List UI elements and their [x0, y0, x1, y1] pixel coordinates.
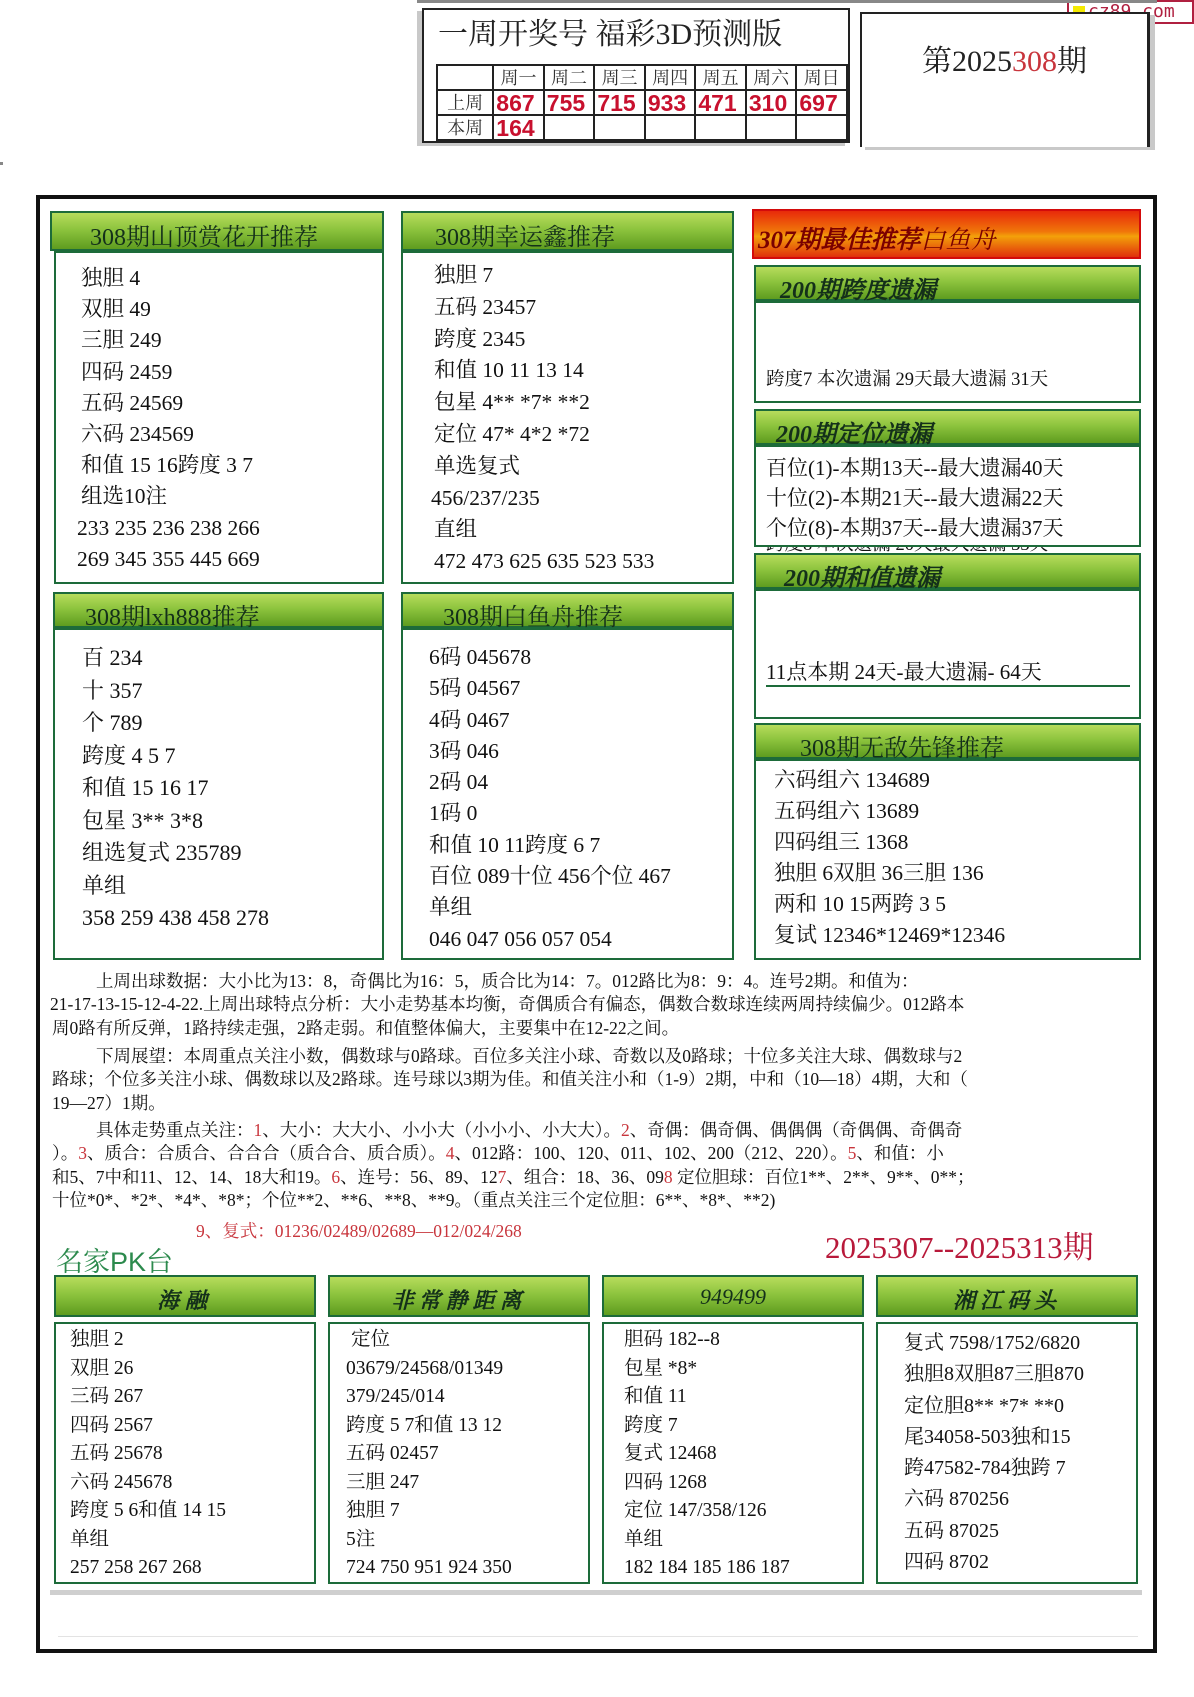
pick-line: 456/237/235: [431, 483, 654, 515]
panel-body-lxh888: 百 234 十 357 个 789 跨度 4 5 7 和值 15 16 17 包…: [53, 628, 384, 960]
pick-line: 和值 11: [624, 1383, 790, 1412]
pk-body-hairong: 独胆 2 双胆 26 三码 267 四码 2567 五码 25678 六码 24…: [54, 1322, 316, 1584]
period-title: 第2025308期: [862, 36, 1147, 80]
pick-line: 胆码 182--8: [624, 1326, 790, 1355]
pick-line: 复式 7598/1752/6820: [904, 1328, 1084, 1359]
pick-line: 包星 *8*: [624, 1355, 790, 1384]
focus-text: 、012路：100、120、011、102、200（212、220）。: [455, 1143, 848, 1163]
pick-line: 包星 4** *7* **2: [434, 387, 654, 419]
analysis-line: 周0路有所反弹，1路持续走强，2路走弱。和值整体偏大，主要集中在12-22之间。: [52, 1017, 1147, 1040]
panel-lines: 胆码 182--8 包星 *8* 和值 11 跨度 7 复式 12468 四码 …: [624, 1326, 790, 1583]
pick-line: 和值 15 16跨度 3 7: [81, 450, 260, 481]
pick-line: 182 184 185 186 187: [624, 1554, 790, 1583]
analysis-line: 和5、7中和11、12、14、18大和19。6、连号：56、89、127、组合：…: [52, 1166, 1147, 1189]
pick-line: 379/245/014: [346, 1383, 512, 1412]
panel-lines: 百 234 十 357 个 789 跨度 4 5 7 和值 15 16 17 包…: [82, 642, 269, 935]
weekday-header-row: 周一 周二 周三 周四 周五 周六 周日: [437, 65, 847, 90]
top-shadow-line: [417, 0, 1157, 3]
pick-line: 独胆8双胆87三胆870: [904, 1359, 1084, 1390]
row-label: 上周: [437, 90, 493, 115]
panel-header-wudi: 308期无敌先锋推荐: [754, 723, 1141, 759]
focus-text: 、和值：小: [856, 1143, 944, 1163]
pick-line: 257 258 267 268: [70, 1554, 226, 1583]
panel-lines: 复式 7598/1752/6820 独胆8双胆87三胆870 定位胆8** *7…: [904, 1328, 1084, 1578]
pk-body-949499: 胆码 182--8 包星 *8* 和值 11 跨度 7 复式 12468 四码 …: [602, 1322, 864, 1584]
panel-body-position-miss: 百位(1)-本期13天--最大遗漏40天 十位(2)-本期21天--最大遗漏22…: [754, 445, 1141, 547]
pick-line: 六码 245678: [70, 1469, 226, 1498]
pick-line: 跨度 5 6和值 14 15: [70, 1497, 226, 1526]
pick-line: 3码 046: [429, 736, 671, 767]
pick-line: 十 357: [82, 675, 269, 708]
banner-title-main: 307期最佳推荐: [758, 227, 921, 254]
pick-line: 双胆 49: [81, 294, 260, 325]
pick-line: 定位 47* 4*2 *72: [434, 419, 654, 451]
weekday-cell: 周五: [695, 65, 746, 90]
pk-header-hairong: 海融: [54, 1275, 316, 1317]
pick-line: 独胆 2: [70, 1326, 226, 1355]
panel-lines: 6码 045678 5码 04567 4码 0467 3码 046 2码 04 …: [429, 642, 671, 955]
pick-line: 跨度 2345: [434, 324, 654, 356]
weekly-draw-table: 周一 周二 周三 周四 周五 周六 周日 上周 867 755 715 933 …: [436, 64, 848, 141]
analysis-last-week: 上周出球数据：大小比为13：8，奇偶比为16：5，质合比为14：7。012路比为…: [52, 970, 1147, 1040]
miss-line: 11点本期 24天-最大遗漏- 64天: [766, 657, 1043, 687]
focus-index: 6: [331, 1167, 340, 1187]
period-number: 308: [1012, 45, 1057, 78]
period-range: 2025307--2025313期: [825, 1222, 1094, 1267]
pick-line: 单选复式: [434, 451, 654, 483]
pick-line: 四码 8702: [904, 1547, 1084, 1578]
analysis-line: ）。3、质合：合质合、合合合（质合合、质合质）。4、012路：100、120、0…: [52, 1142, 1147, 1165]
draw-number: [796, 115, 847, 140]
pick-line: 三码 267: [70, 1383, 226, 1412]
pick-line: 472 473 625 635 523 533: [434, 546, 654, 578]
pick-line: 和值 10 11 13 14: [434, 355, 654, 387]
pick-line: 358 259 438 458 278: [82, 902, 269, 935]
pick-line: 和值 10 11跨度 6 7: [429, 830, 671, 861]
pick-line: 单组: [70, 1526, 226, 1555]
weekday-cell: 周六: [746, 65, 797, 90]
pick-line: 五码 25678: [70, 1440, 226, 1469]
pick-line: 四码组三 1368: [774, 827, 1005, 858]
analysis-next-week: 下周展望：本周重点关注小数，偶数球与0路球。百位多关注小球、奇数以及0路球；十位…: [52, 1045, 1147, 1115]
pick-line: 269 345 355 445 669: [77, 544, 260, 575]
pick-line: 六码组六 134689: [774, 765, 1005, 796]
panel-title: 308期山顶赏花开推荐: [90, 217, 318, 252]
analysis-line: 十位*0*、*2*、*4*、*8*；个位**2、**6、**8、**9。（重点关…: [52, 1189, 1147, 1212]
pick-line: 5注: [346, 1526, 512, 1555]
expert-name: 非常静距离: [330, 1284, 588, 1315]
pick-line: 2码 04: [429, 767, 671, 798]
analysis-focus: 具体走势重点关注：1、大小：大大小、小小大（小小小、小大大）。2、奇偶：偶奇偶、…: [52, 1119, 1147, 1212]
analysis-line: 具体走势重点关注：1、大小：大大小、小小大（小小小、小大大）。2、奇偶：偶奇偶、…: [52, 1119, 1147, 1142]
draw-number: 164: [493, 115, 544, 140]
pick-line: 尾34058-503独和15: [904, 1422, 1084, 1453]
panel-title: 308期白鱼舟推荐: [443, 597, 623, 632]
pick-line: 跨度 7: [624, 1412, 790, 1441]
weekday-cell: 周二: [544, 65, 595, 90]
compound-pick-line: 9、复式：01236/02489/02689—012/024/268: [196, 1218, 522, 1243]
pick-line: 6码 045678: [429, 642, 671, 673]
period-card: 第2025308期: [860, 12, 1150, 147]
focus-index: 2: [621, 1120, 630, 1140]
pick-line: 跨度 5 7和值 13 12: [346, 1412, 512, 1441]
pick-line: 五码 23457: [434, 292, 654, 324]
focus-text: 、质合：合质合、合合合（质合合、质合质）。: [87, 1143, 446, 1163]
pick-line: 组选复式 235789: [82, 837, 269, 870]
pick-line: 组选10注: [81, 481, 260, 512]
panel-lines: 六码组六 134689 五码组六 13689 四码组三 1368 独胆 6双胆 …: [774, 765, 1005, 951]
pick-line: 233 235 236 238 266: [77, 513, 260, 544]
expert-name: 949499: [604, 1284, 862, 1310]
analysis-line: 路球；个位多关注小球、偶数球以及2路球。连号球以3期为佳。和值关注小和（1-9）…: [52, 1068, 1147, 1091]
this-week-row: 本周 164: [437, 115, 847, 140]
bottom-shadow-bar: [50, 1590, 1142, 1595]
panel-header-xingyunxin: 308期幸运鑫推荐: [401, 211, 734, 251]
panel-body-span-miss: 跨度7 本次遗漏 29天最大遗漏 31天 跨度9 本次遗漏 57天最大遗漏 57…: [754, 301, 1141, 403]
stray-dot: [0, 162, 3, 165]
draw-number: 933: [645, 90, 696, 115]
pick-line: 独胆 7: [346, 1497, 512, 1526]
draw-number: 755: [544, 90, 595, 115]
miss-line: 百位(1)-本期13天--最大遗漏40天: [766, 453, 1063, 483]
panel-body-wudi: 六码组六 134689 五码组六 13689 四码组三 1368 独胆 6双胆 …: [754, 759, 1141, 960]
panel-title: 200期跨度遗漏: [780, 270, 936, 305]
panel-body-xingyunxin: 独胆 7 五码 23457 跨度 2345 和值 10 11 13 14 包星 …: [401, 251, 734, 584]
weekday-cell: 周四: [645, 65, 696, 90]
pick-line: 百 234: [82, 642, 269, 675]
pick-line: 百位 089十位 456个位 467: [429, 861, 671, 892]
panel-title: 200期和值遗漏: [784, 558, 940, 593]
pick-line: 5码 04567: [429, 673, 671, 704]
panel-lines: 百位(1)-本期13天--最大遗漏40天 十位(2)-本期21天--最大遗漏22…: [766, 453, 1063, 543]
pick-line: 独胆 6双胆 36三胆 136: [774, 858, 1005, 889]
pick-line: 独胆 4: [81, 263, 260, 294]
pick-line: 独胆 7: [434, 260, 654, 292]
miss-line: 十位(2)-本期21天--最大遗漏22天: [766, 483, 1063, 513]
expert-name: 湘江码头: [878, 1284, 1136, 1315]
banner-title: 307期最佳推荐白鱼舟: [758, 220, 996, 256]
expert-name: 海融: [56, 1284, 314, 1315]
analysis-line: 上周出球数据：大小比为13：8，奇偶比为16：5，质合比为14：7。012路比为…: [52, 970, 1147, 993]
draw-number: [746, 115, 797, 140]
last-week-row: 上周 867 755 715 933 471 310 697: [437, 90, 847, 115]
panel-body-sum-miss: 11点本期 24天-最大遗漏- 64天 18点本期 55天-最大遗漏- 57天 …: [754, 589, 1141, 719]
analysis-line: 19—27）1期。: [52, 1092, 1147, 1115]
panel-body-shanding: 独胆 4 双胆 49 三胆 249 四码 2459 五码 24569 六码 23…: [54, 251, 384, 584]
pick-line: 三胆 247: [346, 1469, 512, 1498]
pick-line: 四码 2567: [70, 1412, 226, 1441]
pick-line: 五码 24569: [81, 388, 260, 419]
panel-header-position-miss: 200期定位遗漏: [754, 409, 1141, 445]
pick-line: 跨度 4 5 7: [82, 740, 269, 773]
analysis-line: 下周展望：本周重点关注小数，偶数球与0路球。百位多关注小球、奇数以及0路球；十位…: [52, 1045, 1147, 1068]
pick-line: 定位胆8** *7* **0: [904, 1391, 1084, 1422]
pk-section-title: 名家PK台: [56, 1240, 173, 1279]
draw-number: [695, 115, 746, 140]
weekday-cell: 周一: [493, 65, 544, 90]
panel-header-shanding: 308期山顶赏花开推荐: [50, 211, 384, 251]
pick-line: 五码 87025: [904, 1516, 1084, 1547]
pick-line: 单组: [624, 1526, 790, 1555]
panel-lines: 独胆 7 五码 23457 跨度 2345 和值 10 11 13 14 包星 …: [434, 260, 654, 578]
focus-index: 4: [446, 1143, 455, 1163]
weekday-cell: 周三: [594, 65, 645, 90]
pick-line: 四码 1268: [624, 1469, 790, 1498]
pick-line: 跨47582-784独跨 7: [904, 1453, 1084, 1484]
draw-number: 715: [594, 90, 645, 115]
draw-number: [544, 115, 595, 140]
pick-line: 复式 12468: [624, 1440, 790, 1469]
focus-index: 3: [78, 1143, 87, 1163]
pick-line: 包星 3** 3*8: [82, 805, 269, 838]
focus-index: 8: [664, 1167, 673, 1187]
panel-title: 200期定位遗漏: [776, 414, 932, 449]
draw-number: [645, 115, 696, 140]
focus-text: ）。: [52, 1143, 78, 1163]
miss-line: 跨度7 本次遗漏 29天最大遗漏 31天: [766, 367, 1048, 395]
focus-text: 定位胆球：百位1**、2**、9**、0**；: [673, 1167, 975, 1187]
focus-text: 和5、7中和11、12、14、18大和19。: [52, 1167, 331, 1187]
draw-number: [594, 115, 645, 140]
weekly-draw-card: 一周开奖号 福彩3D预测版 周一 周二 周三 周四 周五 周六 周日 上周 86…: [422, 8, 850, 143]
pick-line: 046 047 056 057 054: [429, 924, 671, 955]
pk-header-949499: 949499: [602, 1275, 864, 1317]
pick-line: 03679/24568/01349: [346, 1355, 512, 1384]
bottom-faint-line: [58, 1636, 1138, 1637]
panel-lines: 独胆 2 双胆 26 三码 267 四码 2567 五码 25678 六码 24…: [70, 1326, 226, 1583]
pick-line: 三胆 249: [81, 325, 260, 356]
row-label: 本周: [437, 115, 493, 140]
pick-line: 六码 234569: [81, 419, 260, 450]
pk-header-feichang: 非常静距离: [328, 1275, 590, 1317]
pk-header-xiangjiang: 湘江码头: [876, 1275, 1138, 1317]
pick-line: 直组: [434, 514, 654, 546]
best-pick-banner: 307期最佳推荐白鱼舟: [752, 209, 1141, 259]
pick-line: 六码 870256: [904, 1484, 1084, 1515]
period-suffix: 期: [1057, 45, 1087, 78]
draw-card-title: 一周开奖号 福彩3D预测版: [438, 16, 782, 54]
pick-line: 个 789: [82, 707, 269, 740]
panel-lines: 独胆 4 双胆 49 三胆 249 四码 2459 五码 24569 六码 23…: [81, 263, 260, 575]
panel-header-baiyuzhou: 308期白鱼舟推荐: [401, 592, 734, 628]
focus-index: 1: [254, 1120, 263, 1140]
draw-number: 471: [695, 90, 746, 115]
draw-number: 697: [796, 90, 847, 115]
draw-number: 867: [493, 90, 544, 115]
pick-line: 两和 10 15两跨 3 5: [774, 889, 1005, 920]
panel-header-span-miss: 200期跨度遗漏: [754, 265, 1141, 301]
panel-title: 308期无敌先锋推荐: [800, 728, 1004, 763]
pick-line: 724 750 951 924 350: [346, 1554, 512, 1583]
miss-line: 个位(8)-本期37天--最大遗漏37天: [766, 513, 1063, 543]
draw-number: 310: [746, 90, 797, 115]
focus-text: 、奇偶：偶奇偶、偶偶偶（奇偶偶、奇偶奇: [630, 1120, 963, 1140]
analysis-line: 21-17-13-15-12-4-22.上周出球特点分析：大小走势基本均衡，奇偶…: [50, 993, 1147, 1016]
focus-text: 、组合：18、36、09: [506, 1167, 664, 1187]
panel-header-sum-miss: 200期和值遗漏: [754, 553, 1141, 589]
pick-line: 四码 2459: [81, 357, 260, 388]
pick-line: 4码 0467: [429, 705, 671, 736]
underline-divider: [766, 685, 1130, 687]
focus-text: 、大小：大大小、小小大（小小小、小大大）。: [262, 1120, 621, 1140]
period-prefix: 第2025: [922, 45, 1012, 78]
panel-body-baiyuzhou: 6码 045678 5码 04567 4码 0467 3码 046 2码 04 …: [401, 628, 734, 960]
pick-line: 复试 12346*12469*12346: [774, 920, 1005, 951]
pk-body-xiangjiang: 复式 7598/1752/6820 独胆8双胆87三胆870 定位胆8** *7…: [876, 1322, 1138, 1584]
pick-line: 定位 147/358/126: [624, 1497, 790, 1526]
pick-line: 双胆 26: [70, 1355, 226, 1384]
focus-text: 、连号：56、89、12: [340, 1167, 498, 1187]
panel-lines: 定位 03679/24568/01349 379/245/014 跨度 5 7和…: [346, 1326, 512, 1583]
corner-cell: [437, 65, 493, 90]
pick-line: 单组: [429, 892, 671, 923]
panel-title: 308期幸运鑫推荐: [435, 217, 615, 252]
pick-line: 五码组六 13689: [774, 796, 1005, 827]
pick-line: 和值 15 16 17: [82, 772, 269, 805]
pick-line: 定位: [351, 1326, 512, 1355]
panel-header-lxh888: 308期lxh888推荐: [53, 592, 384, 628]
banner-title-name: 白鱼舟: [921, 227, 996, 254]
weekday-cell: 周日: [796, 65, 847, 90]
pick-line: 五码 02457: [346, 1440, 512, 1469]
focus-intro: 具体走势重点关注：: [96, 1120, 254, 1140]
pick-line: 单组: [82, 870, 269, 903]
pick-line: 1码 0: [429, 798, 671, 829]
pk-body-feichang: 定位 03679/24568/01349 379/245/014 跨度 5 7和…: [328, 1322, 590, 1584]
panel-title: 308期lxh888推荐: [85, 597, 260, 632]
